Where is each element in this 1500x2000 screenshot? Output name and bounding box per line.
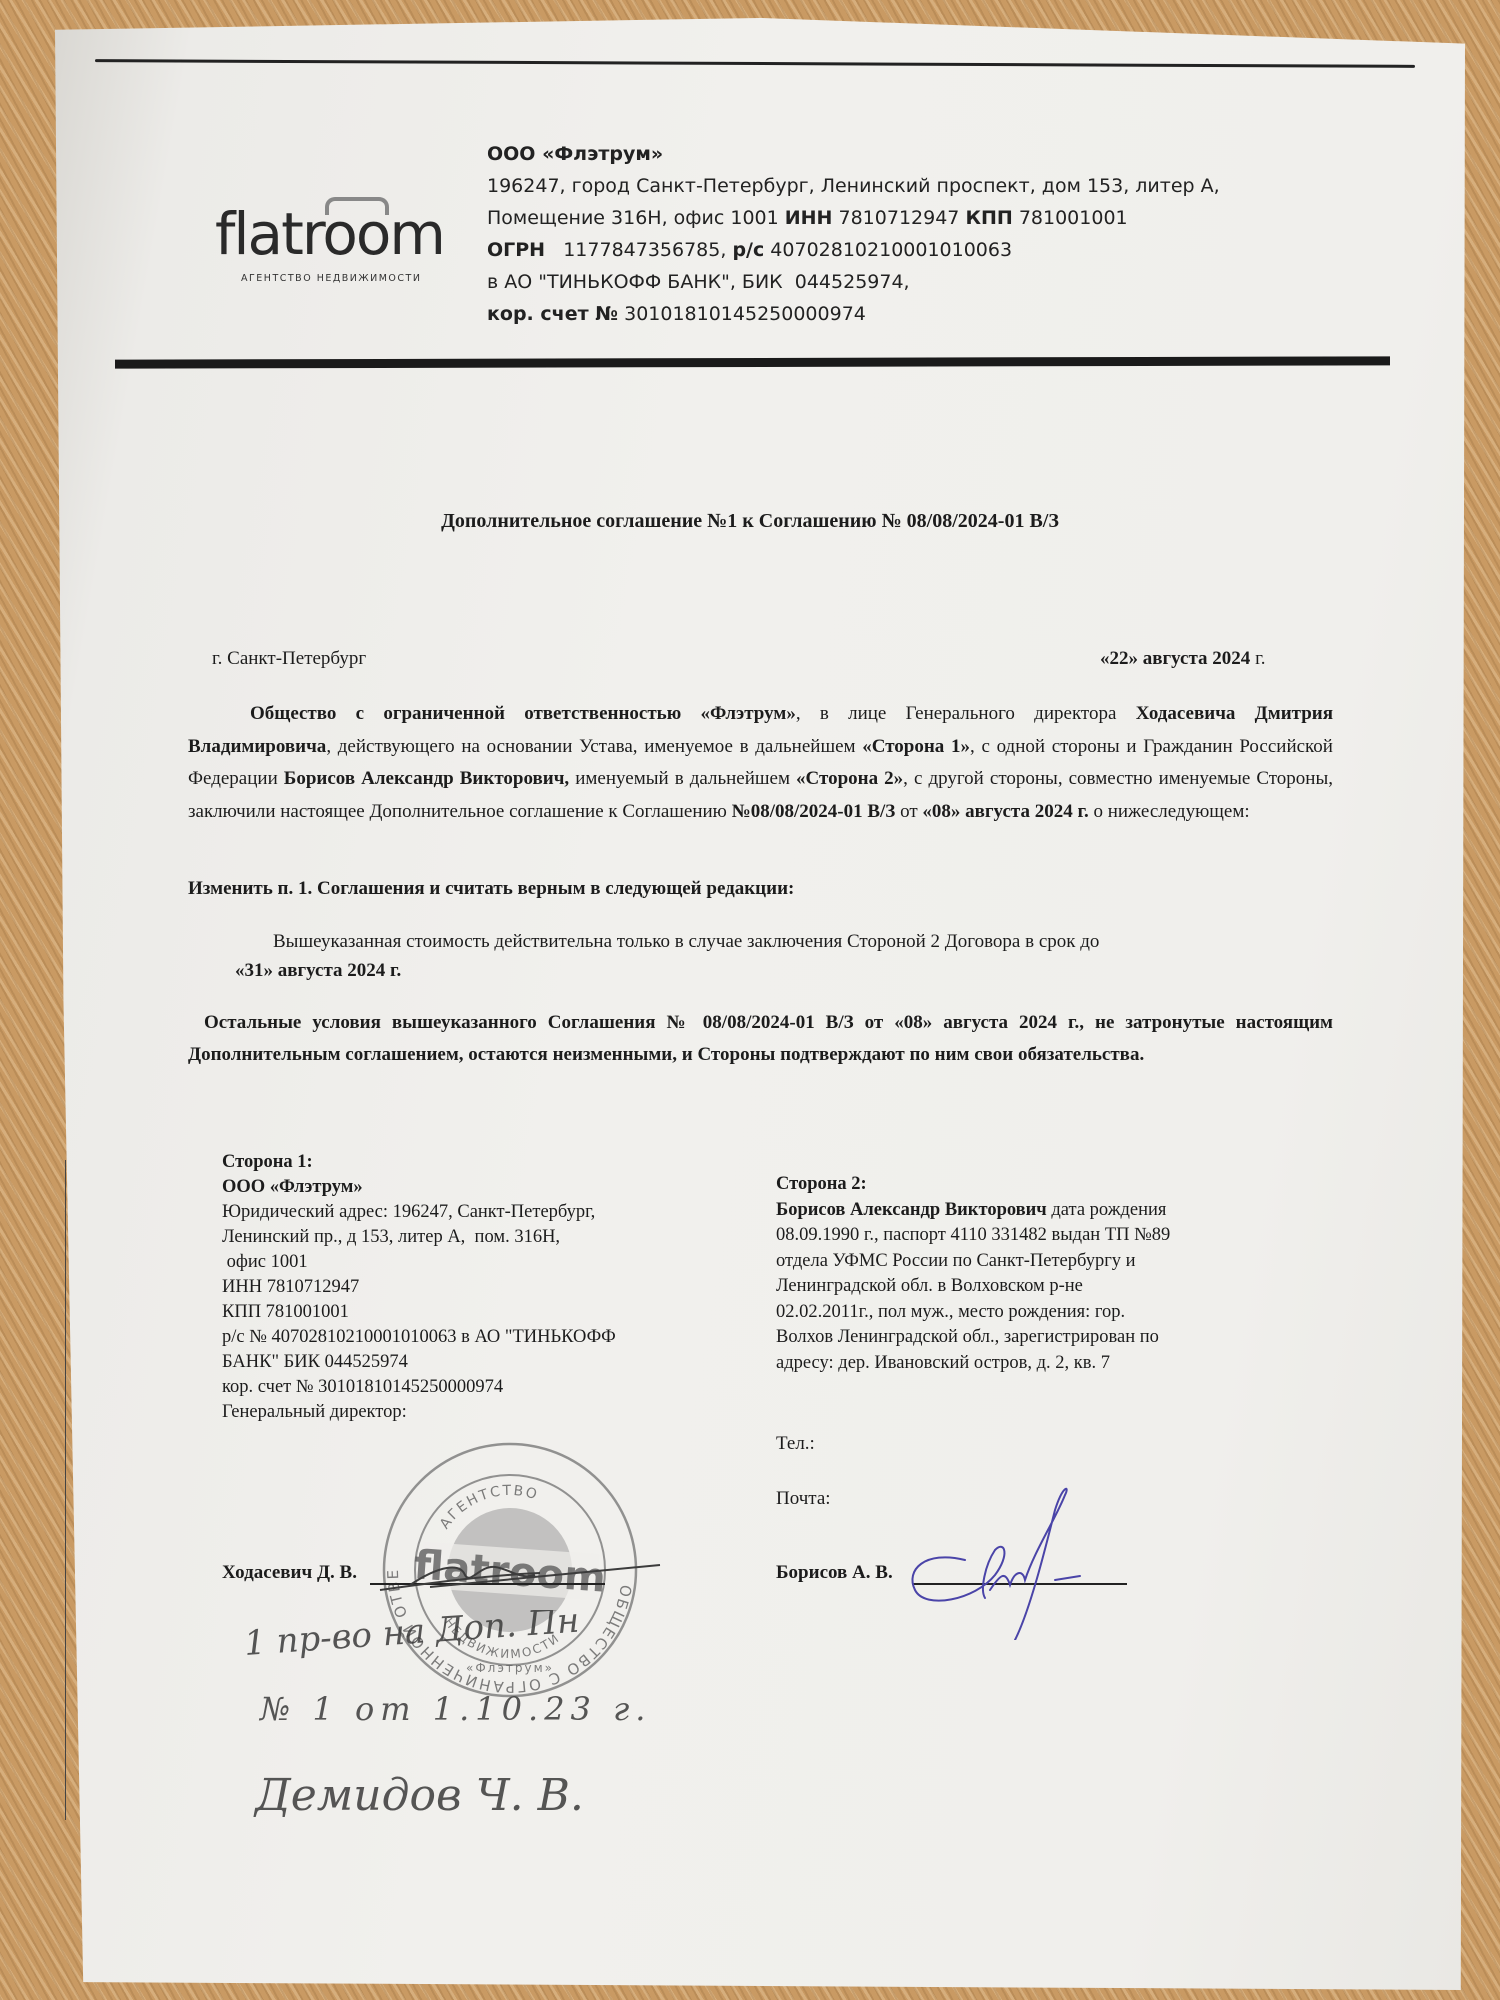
- requisites-text: р/с: [732, 239, 764, 261]
- party1-heading: Сторона 1:: [222, 1152, 313, 1172]
- company-logo: flatroom АГЕНТСТВО НЕДВИЖИМОСТИ: [215, 205, 455, 284]
- requisites-line: Помещение 316Н, офис 1001 ИНН 7810712947…: [487, 202, 1220, 234]
- closing-paragraph: Остальные условия вышеуказанного Соглаше…: [188, 1007, 1333, 1071]
- closing-text: Остальные условия вышеуказанного Соглаше…: [204, 1012, 854, 1033]
- document-date: «22» августа 2024 г.: [1100, 648, 1265, 670]
- requisites-text: 40702810210001010063: [764, 239, 1012, 261]
- preamble-text: о нижеследующем:: [1089, 801, 1250, 822]
- party2-details: Сторона 2: Борисов Александр Викторович …: [776, 1172, 1296, 1376]
- party-detail-line: кор. счет № 30101810145250000974: [222, 1375, 616, 1400]
- party1-signatory: Ходасевич Д. В.: [222, 1562, 357, 1584]
- party-detail-line: БАНК" БИК 044525974: [222, 1350, 616, 1375]
- change-heading: Изменить п. 1. Соглашения и считать верн…: [188, 878, 794, 900]
- preamble-text: «08» августа 2024 г.: [922, 801, 1088, 822]
- preamble-text: «Сторона 2»: [796, 768, 903, 789]
- svg-text:Демидов Ч. В.: Демидов Ч. В.: [253, 1770, 584, 1821]
- company-name: ООО «Флэтрум»: [487, 143, 663, 165]
- party-detail-line: ИНН 7810712947: [222, 1275, 616, 1300]
- party2-signature: [905, 1480, 1105, 1640]
- party2-phone-label: Тел.:: [776, 1433, 815, 1455]
- handwritten-note: 1 пр-во на Доп. Пн № 1 от 1.10.23 г. Дем…: [230, 1610, 730, 1840]
- amended-clause: Вышеуказанная стоимость действительна то…: [235, 927, 1333, 985]
- requisites-text: 7810712947: [832, 207, 965, 229]
- clause-deadline: «31» августа 2024 г.: [235, 960, 401, 981]
- preamble-text: Общество с ограниченной ответственностью…: [250, 703, 796, 724]
- preamble-text: «Сторона 1»: [862, 736, 970, 757]
- logo-roof-icon: [325, 197, 389, 215]
- preamble-text: , действующего на основании Устава, имен…: [326, 736, 862, 757]
- party-detail-line: адресу: дер. Ивановский остров, д. 2, кв…: [776, 1351, 1296, 1377]
- party-detail-line: Ленинградской обл. в Волховском р-не: [776, 1274, 1296, 1300]
- party2-name: Борисов Александр Викторович: [776, 1200, 1047, 1220]
- requisites-text: в АО "ТИНЬКОФФ БАНК", БИК 044525974,: [487, 271, 910, 293]
- requisites-line: в АО "ТИНЬКОФФ БАНК", БИК 044525974,: [487, 266, 1220, 298]
- party-detail-line: отдела УФМС России по Санкт-Петербургу и: [776, 1249, 1296, 1275]
- party1-name: ООО «Флэтрум»: [222, 1177, 363, 1197]
- page-edge-line: [65, 1160, 66, 1820]
- party-detail-line: Ленинский пр., д 153, литер А, пом. 316Н…: [222, 1225, 616, 1250]
- requisites-text: 781001001: [1013, 207, 1128, 229]
- document-title: Дополнительное соглашение №1 к Соглашени…: [0, 510, 1500, 533]
- requisites-text: ИНН: [785, 207, 833, 229]
- logo-tagline: АГЕНТСТВО НЕДВИЖИМОСТИ: [215, 273, 455, 284]
- preamble-text: №08/08/2024-01 В/З: [732, 801, 896, 822]
- party1-details: Сторона 1: ООО «Флэтрум» Юридический адр…: [222, 1150, 616, 1425]
- requisites-text: 30101810145250000974: [618, 303, 866, 325]
- requisites-line: ОГРН 1177847356785, р/с 4070281021000101…: [487, 234, 1220, 266]
- requisites-line: кор. счет № 30101810145250000974: [487, 298, 1220, 330]
- party2-signatory: Борисов А. В.: [776, 1562, 893, 1584]
- preamble-text: Борисов Александр Викторович,: [284, 768, 569, 789]
- svg-text:1 пр-во на Доп. Пн: 1 пр-во на Доп. Пн: [243, 1610, 581, 1664]
- preamble-text: , в лице Генерального директора: [796, 703, 1136, 724]
- document-city: г. Санкт-Петербург: [212, 648, 366, 670]
- party-detail-line: 02.02.2011г., пол муж., место рождения: …: [776, 1300, 1296, 1326]
- requisites-text: кор. счет №: [487, 303, 618, 325]
- party-detail-line: Генеральный директор:: [222, 1400, 616, 1425]
- party-detail-line: Волхов Ленинградской обл., зарегистриров…: [776, 1325, 1296, 1351]
- party-detail-line: офис 1001: [222, 1250, 616, 1275]
- party2-heading: Сторона 2:: [776, 1174, 867, 1194]
- party-detail-line: р/с № 40702810210001010063 в АО "ТИНЬКОФ…: [222, 1325, 616, 1350]
- company-requisites: ООО «Флэтрум» 196247, город Санкт-Петерб…: [487, 138, 1220, 330]
- requisites-text: 196247, город Санкт-Петербург, Ленинский…: [487, 175, 1220, 197]
- preamble-text: именуемый в дальнейшем: [569, 768, 796, 789]
- party-detail-line: Юридический адрес: 196247, Санкт-Петербу…: [222, 1200, 616, 1225]
- requisites-text: ОГРН: [487, 239, 545, 261]
- preamble-text: от: [895, 801, 922, 822]
- requisites-text: КПП: [965, 207, 1012, 229]
- closing-text: от: [854, 1012, 895, 1033]
- requisites-text: 1177847356785,: [545, 239, 732, 261]
- svg-text:№ 1 от 1.10.23 г.: № 1 от 1.10.23 г.: [258, 1690, 651, 1728]
- party1-signature: [370, 1545, 670, 1605]
- party-detail-line: КПП 781001001: [222, 1300, 616, 1325]
- party2-email-label: Почта:: [776, 1488, 831, 1510]
- requisites-text: Помещение 316Н, офис 1001: [487, 207, 785, 229]
- requisites-line: 196247, город Санкт-Петербург, Ленинский…: [487, 170, 1220, 202]
- party-detail-line: 08.09.1990 г., паспорт 4110 331482 выдан…: [776, 1223, 1296, 1249]
- preamble-paragraph: Общество с ограниченной ответственностью…: [188, 698, 1333, 828]
